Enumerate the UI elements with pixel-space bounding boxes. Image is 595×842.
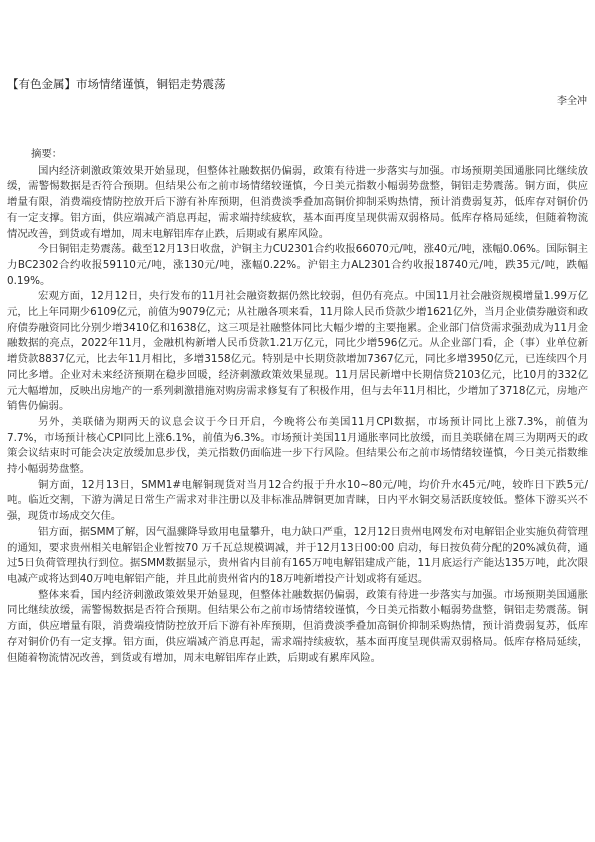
paragraph-macro: 宏观方面，12月12日，央行发布的11月社会融资数据仍然比较弱，但仍有亮点。中国… (7, 289, 588, 415)
paragraph-aluminum: 铝方面，据SMM了解，因气温骤降导致用电量攀升，电力缺口严重，12月12日贵州电… (7, 525, 588, 588)
summary-label: 摘要： (7, 147, 588, 163)
paragraph-summary: 国内经济刺激政策效果开始显现，但整体社融数据仍偏弱，政策有待进一步落实与加强。市… (7, 164, 588, 243)
paragraph-market-close: 今日铜铝走势震荡。截至12月13日收盘，沪铜主力CU2301合约收报66070元… (7, 242, 588, 289)
document-body: 摘要： 国内经济刺激政策效果开始显现，但整体社融数据仍偏弱，政策有待进一步落实与… (7, 147, 588, 666)
paragraph-copper: 铜方面，12月13日，SMM1#电解铜现货对当月12合约报于升水10~80元/吨… (7, 478, 588, 525)
paragraph-conclusion: 整体来看，国内经济刺激政策效果开始显现，但整体社融数据仍偏弱，政策有待进一步落实… (7, 588, 588, 667)
paragraph-fed: 另外，美联储为期两天的议息会议于今日开启，今晚将公布美国11月CPI数据，市场预… (7, 415, 588, 478)
author-name: 李全冲 (557, 95, 587, 109)
document-title: 【有色金属】市场情绪谨慎，铜铝走势震荡 (7, 76, 226, 92)
